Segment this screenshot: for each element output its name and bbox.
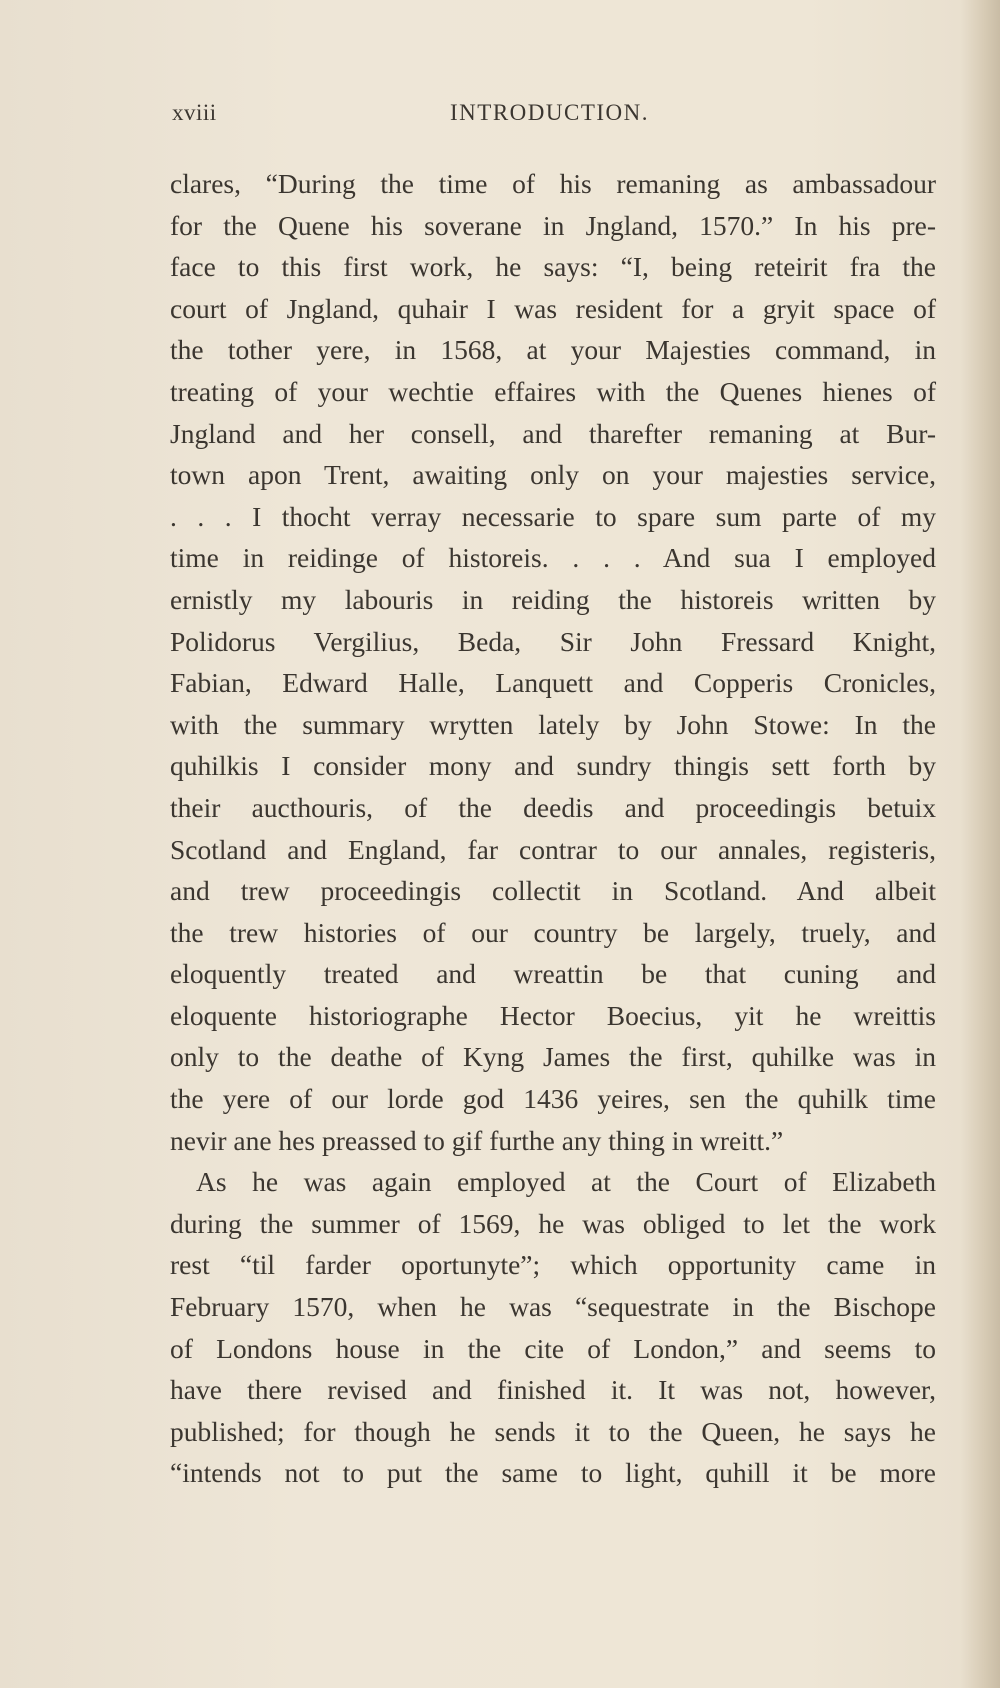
text-line: during the summer of 1569, he was oblige… [170, 1203, 936, 1245]
text-line: the tother yere, in 1568, at your Majest… [170, 329, 936, 371]
text-line: and trew proceedingis collectit in Scotl… [170, 870, 936, 912]
text-line: treating of your wechtie effaires with t… [170, 371, 936, 413]
body-text: clares, “During the time of his remaning… [170, 163, 936, 1494]
book-page: xviii INTRODUCTION. clares, “During the … [0, 0, 1000, 1688]
text-line: face to this first work, he says: “I, be… [170, 246, 936, 288]
text-line: court of Jngland, quhair I was resident … [170, 288, 936, 330]
text-line: clares, “During the time of his remaning… [170, 163, 936, 205]
running-title: INTRODUCTION. [450, 100, 649, 126]
text-line: their aucthouris, of the deedis and proc… [170, 787, 936, 829]
text-line: nevir ane hes preassed to gif furthe any… [170, 1120, 936, 1162]
text-line: Jngland and her consell, and tharefter r… [170, 413, 936, 455]
text-line: As he was again employed at the Court of… [170, 1161, 936, 1203]
text-line: the yere of our lorde god 1436 yeires, s… [170, 1078, 936, 1120]
text-line: published; for though he sends it to the… [170, 1411, 936, 1453]
text-line: for the Quene his soverane in Jngland, 1… [170, 205, 936, 247]
text-line: of Londons house in the cite of London,”… [170, 1328, 936, 1370]
text-line: Scotland and England, far contrar to our… [170, 829, 936, 871]
text-line: ernistly my labouris in reiding the hist… [170, 579, 936, 621]
text-line: . . . I thocht verray necessarie to spar… [170, 496, 936, 538]
text-line: rest “til farder oportunyte”; which oppo… [170, 1244, 936, 1286]
text-line: quhilkis I consider mony and sundry thin… [170, 745, 936, 787]
text-line: “intends not to put the same to light, q… [170, 1452, 936, 1494]
running-head: xviii INTRODUCTION. [172, 100, 935, 130]
text-line: February 1570, when he was “sequestrate … [170, 1286, 936, 1328]
text-line: with the summary wrytten lately by John … [170, 704, 936, 746]
text-line: town apon Trent, awaiting only on your m… [170, 454, 936, 496]
text-line: only to the deathe of Kyng James the fir… [170, 1036, 936, 1078]
page-number: xviii [172, 100, 217, 126]
text-line: time in reidinge of historeis. . . . And… [170, 537, 936, 579]
text-line: Polidorus Vergilius, Beda, Sir John Fres… [170, 621, 936, 663]
text-line: the trew histories of our country be lar… [170, 912, 936, 954]
text-line: Fabian, Edward Halle, Lanquett and Coppe… [170, 662, 936, 704]
text-line: have there revised and finished it. It w… [170, 1369, 936, 1411]
text-line: eloquente historiographe Hector Boecius,… [170, 995, 936, 1037]
text-line: eloquently treated and wreattin be that … [170, 953, 936, 995]
